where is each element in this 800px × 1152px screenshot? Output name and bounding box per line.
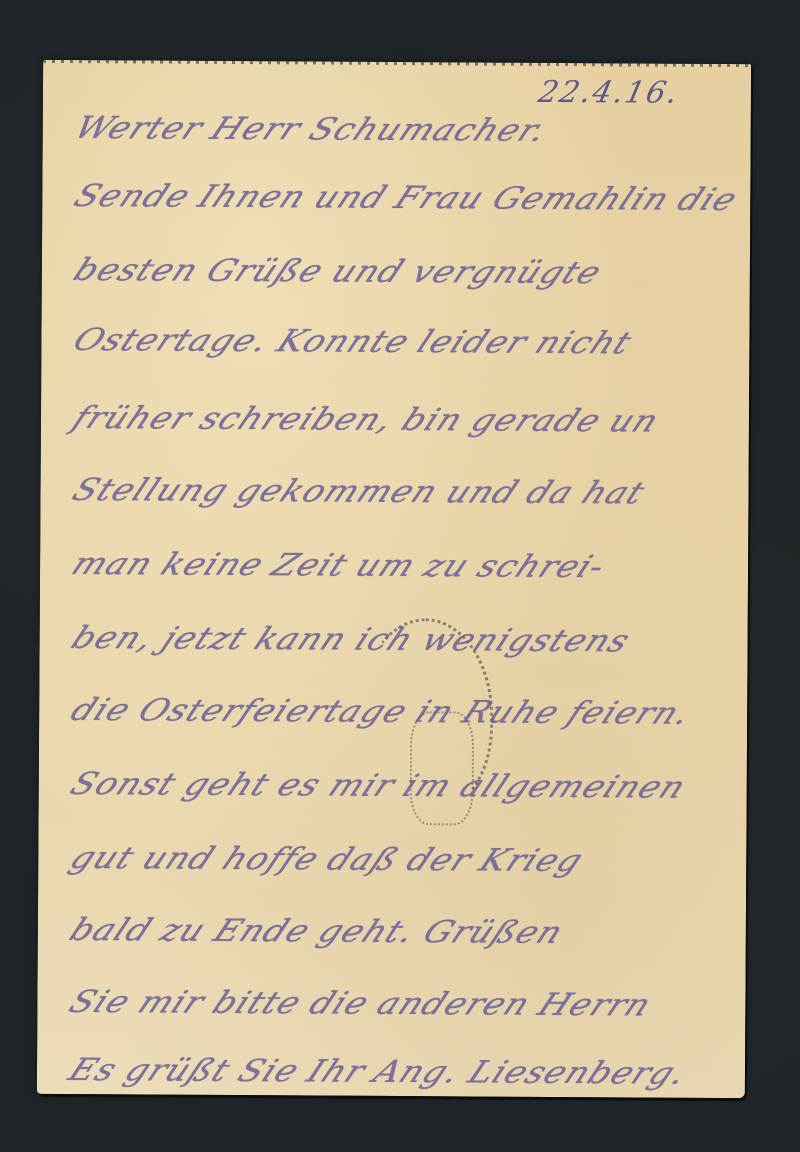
text-line-5: früher schreiben, bin gerade un [67,400,665,439]
postcard: 22.4.16. Werter Herr Schumacher. Sende I… [37,60,751,1098]
text-line-11: gut und hoffe daß der Krieg [64,840,589,879]
text-line-7: man keine Zeit um zu schrei- [66,546,612,585]
text-line-4: Ostertage. Konnte leider nicht [67,322,638,361]
text-line-13: Sie mir bitte die anderen Herrn [63,984,657,1023]
text-line-6: Stellung gekommen und da hat [66,472,651,511]
text-line-14-signature: Es grüßt Sie Ihr Ang. Liesenberg. [63,1052,693,1092]
text-line-3: besten Grüße und vergnügte [68,252,608,291]
text-line-12: bald zu Ende geht. Grüßen [64,912,570,951]
text-line-9: die Osterfeiertage in Ruhe feiern. [65,692,697,732]
text-line-2: Sende Ihnen und Frau Gemahlin die [68,178,743,218]
text-line-10: Sonst geht es mir im allgemeinen [65,766,693,806]
text-line-1: Werter Herr Schumacher. [69,110,554,149]
text-line-8: ben, jetzt kann ich wenigstens [66,620,637,659]
letter-date: 22.4.16. [535,75,683,111]
